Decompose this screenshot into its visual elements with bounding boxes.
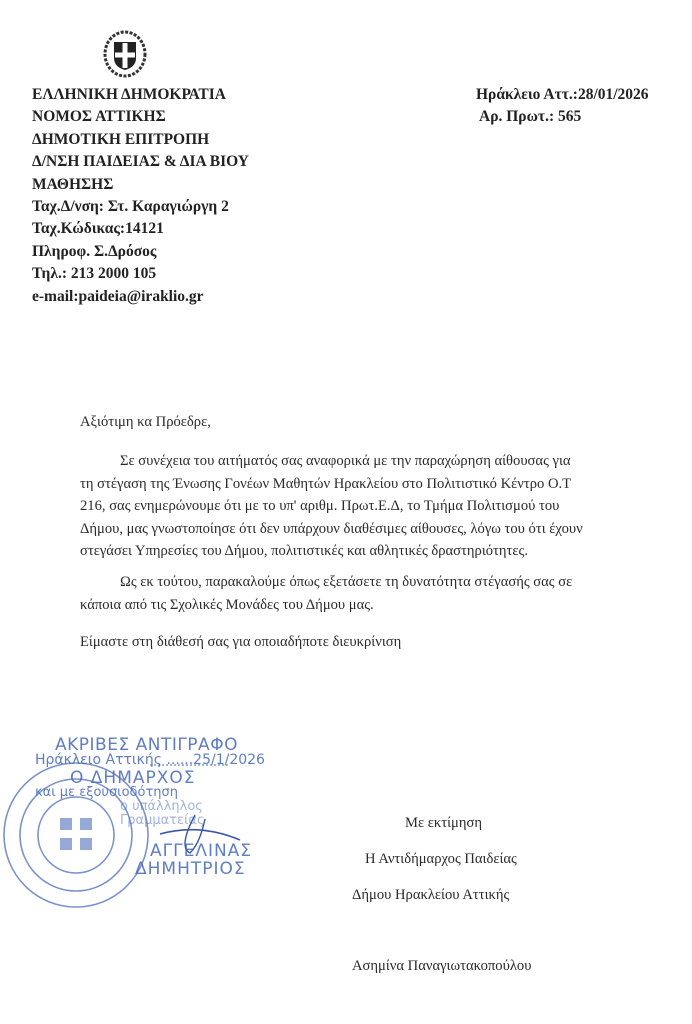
letterhead-postal-code: Ταχ.Κώδικας:14121 [32, 218, 249, 240]
paragraph-line: Δήμου, μας γνωστοποίησε ότι δεν υπάρχουν… [80, 518, 583, 541]
letterhead-line: ΕΛΛΗΝΙΚΗ ΔΗΜΟΚΡΑΤΙΑ [32, 84, 249, 106]
letterhead: ΕΛΛΗΝΙΚΗ ΔΗΜΟΚΡΑΤΙΑ ΝΟΜΟΣ ΑΤΤΙΚΗΣ ΔΗΜΟΤΙ… [32, 84, 249, 308]
paragraph-line: στεγάσει Υπηρεσίες του Δήμου, πολιτιστικ… [80, 540, 583, 563]
signatory-title: Η Αντιδήμαρχος Παιδείας [365, 851, 517, 868]
paragraph-line: τη στέγαση της Ένωσης Γονέων Μαθητών Ηρα… [80, 473, 583, 496]
paragraph-3: Είμαστε στη διάθεσή σας για οποιαδήποτε … [80, 634, 401, 651]
place-date: Ηράκλειο Αττ.:28/01/2026 [476, 84, 649, 106]
paragraph-line: κάποια από τις Σχολικές Μονάδες του Δήμο… [80, 594, 572, 617]
salutation: Αξιότιμη κα Πρόεδρε, [80, 414, 211, 431]
stamp-line: Γραμματείας [120, 813, 205, 828]
signatory-name: Ασημίνα Παναγιωτακοπούλου [352, 958, 531, 975]
reference-block: Ηράκλειο Αττ.:28/01/2026 Αρ. Πρωτ.: 565 [476, 84, 649, 129]
signatory-municipality: Δήμου Ηρακλείου Αττικής [352, 887, 509, 904]
paragraph-line: 216, σας ενημερώνουμε ότι με το υπ' αριθ… [80, 495, 583, 518]
stamp-line: ΔΗΜΗΤΡΙΟΣ [135, 859, 246, 879]
paragraph-1: Σε συνέχεια του αιτήματός σας αναφορικά … [80, 450, 583, 563]
certified-copy-stamp: ΑΚΡΙΒΕΣ ΑΝΤΙΓΡΑΦΟ Ηράκλειο Αττικής .....… [0, 735, 310, 925]
paragraph-line: Ως εκ τούτου, παρακαλούμε όπως εξετάσετε… [80, 571, 572, 594]
letterhead-line: ΝΟΜΟΣ ΑΤΤΙΚΗΣ [32, 106, 249, 128]
greek-coat-of-arms-icon [103, 30, 147, 78]
paragraph-line: Σε συνέχεια του αιτήματός σας αναφορικά … [80, 450, 583, 473]
letterhead-email: e-mail:paideia@iraklio.gr [32, 286, 249, 308]
stamp-line: ο υπάλληλος [120, 799, 203, 814]
stamp-line: ΑΓΓΕΛΙΝΑΣ [150, 841, 252, 861]
protocol-number: Αρ. Πρωτ.: 565 [476, 106, 649, 128]
letterhead-info-contact: Πληροφ. Σ.Δρόσος [32, 241, 249, 263]
letterhead-address: Ταχ.Δ/νση: Στ. Καραγιώργη 2 [32, 196, 249, 218]
stamp-line: και με εξουσιοδότηση [35, 785, 178, 800]
letterhead-line: Δ/ΝΣΗ ΠΑΙΔΕΙΑΣ & ΔΙΑ ΒΙΟΥ [32, 151, 249, 173]
stamp-line: Ηράκλειο Αττικής ......25/1/2026 [35, 752, 265, 768]
closing: Με εκτίμηση [405, 815, 482, 832]
letterhead-line: ΜΑΘΗΣΗΣ [32, 174, 249, 196]
paragraph-2: Ως εκ τούτου, παρακαλούμε όπως εξετάσετε… [80, 571, 572, 616]
letterhead-line: ΔΗΜΟΤΙΚΗ ΕΠΙΤΡΟΠΗ [32, 129, 249, 151]
letterhead-phone: Τηλ.: 213 2000 105 [32, 263, 249, 285]
